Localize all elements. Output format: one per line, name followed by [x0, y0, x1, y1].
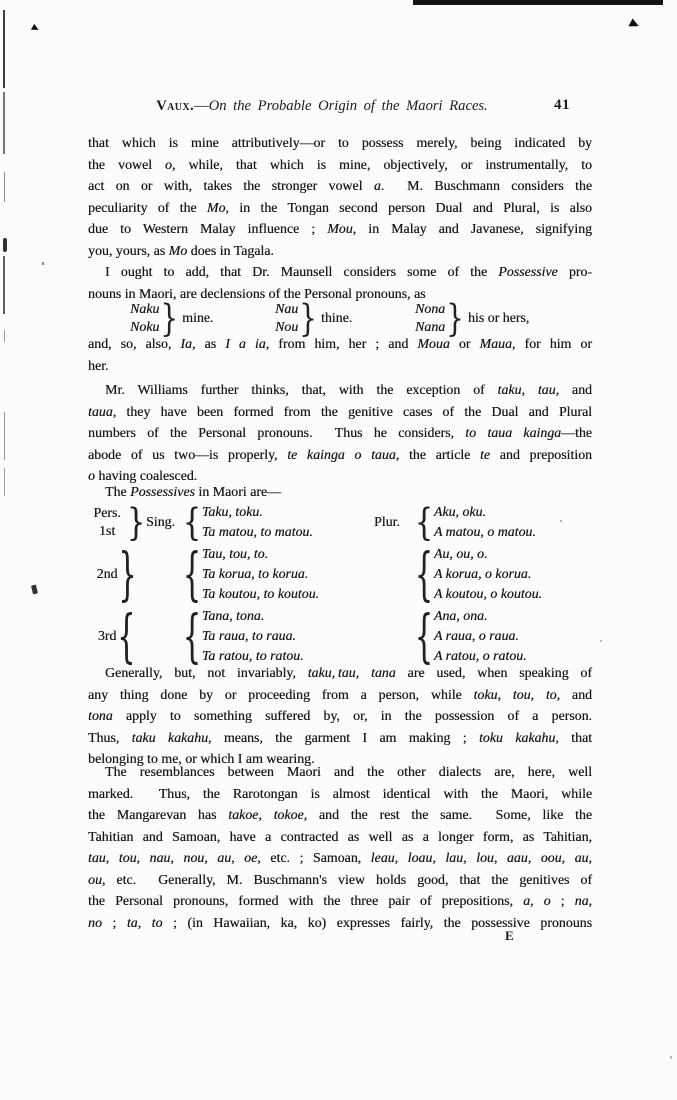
text-line: you, yours, as Mo does in Tagala.: [88, 241, 592, 263]
person-label: 3rd: [98, 627, 117, 647]
table-row: 2nd } { Tau, tou, to. Ta korua, to korua…: [88, 545, 628, 605]
scan-speck: [42, 262, 44, 265]
pronoun-word: Nona: [415, 301, 445, 319]
text-line: The Possessives in Maori are—: [88, 482, 592, 504]
possessive-form: Ta matou, to matou.: [202, 523, 313, 543]
text-line: and, so, also, Ia, as I a ia, from him, …: [88, 334, 592, 356]
text-line: the Personal pronouns, formed with the t…: [88, 891, 592, 913]
text-line: act on or with, takes the stronger vowel…: [88, 176, 592, 198]
scan-blot-artifact: [31, 585, 38, 595]
text-line: I ought to add, that Dr. Maunsell consid…: [88, 262, 592, 284]
scan-line-artifact: [4, 412, 5, 460]
scan-line-artifact: [3, 92, 5, 154]
possessive-form: Ana, ona.: [434, 607, 527, 627]
text-line: that which is mine attributively—or to p…: [88, 133, 592, 155]
possessive-form: Ta koutou, to koutou.: [202, 585, 319, 605]
possessive-form: Au, ou, o.: [434, 545, 542, 565]
text-line: numbers of the Personal pronouns. Thus h…: [88, 423, 592, 445]
paragraph: The resemblances between Maori and the o…: [88, 762, 592, 934]
possessive-form: A raua, o raua.: [434, 627, 527, 647]
brace-glyph: {: [183, 608, 201, 665]
possessive-form: A korua, o korua.: [434, 565, 542, 585]
possessives-table: Pers. 1st } Sing. { Taku, toku. Ta matou…: [88, 503, 628, 669]
text-line: any thing done by or proceeding from a p…: [88, 685, 592, 707]
plural-label: Plur.: [374, 515, 400, 530]
pronoun-word: Nau: [275, 301, 298, 319]
brace-glyph: }: [446, 300, 464, 338]
running-head-title: On the Probable Origin of the Maori Race…: [209, 98, 488, 114]
text-line: tau, tou, nau, nou, au, oe, etc. ; Samoa…: [88, 848, 592, 870]
scan-line-artifact: [4, 330, 5, 342]
possessive-form: A koutou, o koutou.: [434, 585, 542, 605]
possessive-form: Taku, toku.: [202, 503, 313, 523]
text-line: marked. Thus, the Rarotongan is almost i…: [88, 784, 592, 806]
text-line: Tahitian and Samoan, have a contracted a…: [88, 827, 592, 849]
possessive-form: Tau, tou, to.: [202, 545, 319, 565]
text-line: Thus, taku kakahu, means, the garment I …: [88, 728, 592, 750]
person-cell: 2nd }: [88, 561, 146, 589]
pronoun-gloss: thine.: [321, 311, 352, 327]
running-head: Vaux.—On the Probable Origin of the Maor…: [88, 98, 556, 115]
text-line: the vowel o, while, that which is mine, …: [88, 155, 592, 177]
possessive-form: A matou, o matou.: [434, 523, 536, 543]
signature-mark: E: [505, 928, 514, 944]
plural-forms-cell: { Aku, oku. A matou, o matou.: [414, 503, 536, 543]
person-label: 2nd: [97, 565, 118, 585]
pronoun-group: Nau Nou } thine.: [275, 301, 352, 337]
running-head-dash: —: [194, 98, 209, 114]
brace-glyph: }: [127, 504, 145, 542]
brace-glyph: {: [415, 546, 433, 603]
plural-cell: Plur.: [374, 513, 414, 533]
text-line: tona apply to something suffered by, or,…: [88, 706, 592, 728]
paragraph: Generally, but, not invariably, taku, ta…: [88, 663, 592, 771]
person-label: Pers.: [88, 505, 126, 523]
page-number: 41: [554, 97, 570, 114]
person-cell: 3rd {: [88, 623, 146, 651]
pronoun-group: Naku Noku } mine.: [130, 301, 213, 337]
singular-forms-cell: { Tana, tona. Ta raua, to raua. Ta ratou…: [182, 607, 374, 667]
arrow-mark-icon: [628, 18, 640, 30]
possessive-form: Ta raua, to raua.: [202, 627, 304, 647]
brace-glyph: {: [183, 546, 201, 603]
possessive-form: Ta korua, to korua.: [202, 565, 319, 585]
brace-glyph: {: [415, 608, 433, 665]
brace-glyph: {: [117, 608, 135, 665]
singular-label: Sing.: [146, 515, 175, 530]
scan-line-artifact: [3, 256, 5, 314]
text-line: ou, etc. Generally, M. Buschmann's view …: [88, 870, 592, 892]
singular-forms-cell: { Tau, tou, to. Ta korua, to korua. Ta k…: [182, 545, 374, 605]
plural-forms-cell: { Ana, ona. A raua, o raua. A ratou, o r…: [414, 607, 527, 667]
text-line: Generally, but, not invariably, taku, ta…: [88, 663, 592, 685]
paragraph: that which is mine attributively—or to p…: [88, 133, 592, 262]
possessive-form: Tana, tona.: [202, 607, 304, 627]
scan-speck: [670, 1056, 672, 1059]
arrow-mark-icon: [31, 24, 40, 33]
scan-edge-bar: [413, 0, 663, 5]
singular-forms-cell: { Taku, toku. Ta matou, to matou.: [182, 503, 374, 543]
number-cell: Sing.: [146, 513, 182, 533]
brace-glyph: }: [299, 300, 317, 338]
text-line: The resemblances between Maori and the o…: [88, 762, 592, 784]
scan-line-artifact: [3, 10, 5, 88]
brace-glyph: }: [160, 300, 178, 338]
pronoun-gloss: his or hers,: [468, 311, 529, 327]
paragraph: and, so, also, Ia, as I a ia, from him, …: [88, 334, 592, 377]
paragraph: Mr. Williams further thinks, that, with …: [88, 380, 592, 488]
pronoun-gloss: mine.: [182, 311, 213, 327]
scan-line-artifact: [4, 172, 5, 202]
brace-glyph: {: [183, 504, 201, 542]
text-line: the Mangarevan has takoe, tokoe, and the…: [88, 805, 592, 827]
scan-blot-artifact: [3, 238, 7, 252]
text-line: abode of us two—is properly, te kainga o…: [88, 445, 592, 467]
text-line: due to Western Malay influence ; Mou, in…: [88, 219, 592, 241]
text-line: her.: [88, 356, 592, 378]
table-row: 3rd { { Tana, tona. Ta raua, to raua. Ta…: [88, 607, 628, 667]
pronoun-group: Nona Nana } his or hers,: [415, 301, 529, 337]
text-line: peculiarity of the Mo, in the Tongan sec…: [88, 198, 592, 220]
brace-glyph: }: [119, 546, 137, 603]
scanned-book-page: Vaux.—On the Probable Origin of the Maor…: [0, 0, 677, 1100]
person-label: 1st: [88, 523, 126, 541]
possessive-form: Aku, oku.: [434, 503, 536, 523]
table-row: Pers. 1st } Sing. { Taku, toku. Ta matou…: [88, 503, 628, 543]
person-cell: Pers. 1st }: [88, 505, 146, 541]
running-head-author: Vaux.: [156, 98, 194, 114]
text-line: no ; ta, to ; (in Hawaiian, ka, ko) expr…: [88, 913, 592, 935]
paragraph: The Possessives in Maori are—: [88, 482, 592, 504]
pronoun-word: Naku: [130, 301, 159, 319]
text-line: taua, they have been formed from the gen…: [88, 402, 592, 424]
scan-line-artifact: [4, 468, 5, 496]
plural-forms-cell: { Au, ou, o. A korua, o korua. A koutou,…: [414, 545, 542, 605]
text-line: Mr. Williams further thinks, that, with …: [88, 380, 592, 402]
brace-glyph: {: [415, 504, 433, 542]
